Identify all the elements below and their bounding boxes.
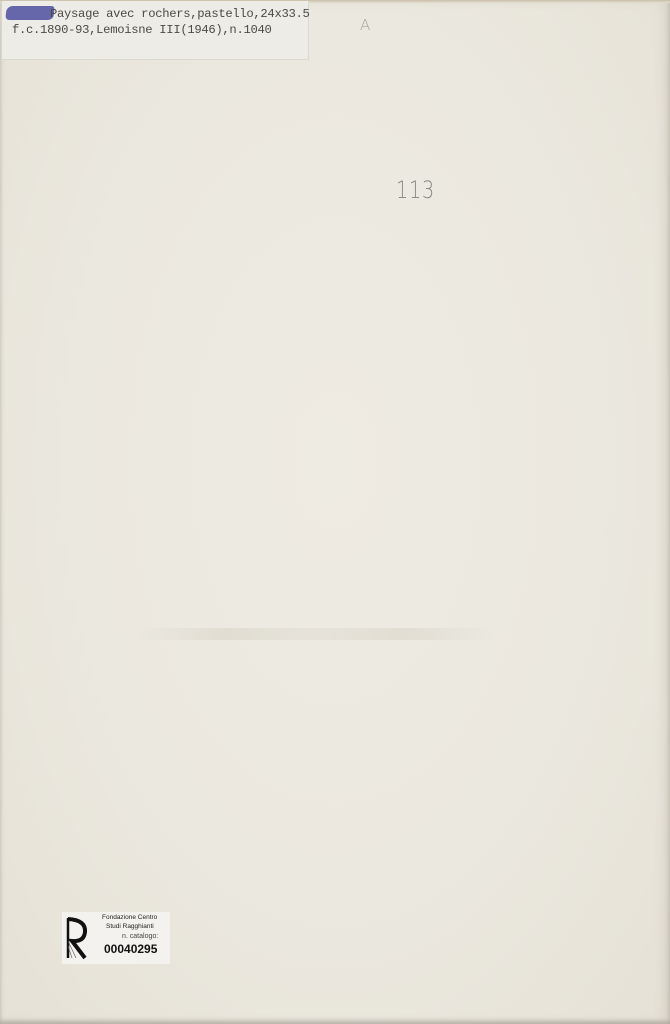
label-line-title: Paysage avec rochers,pastello,24x33.5 <box>50 7 310 21</box>
stamp-institution-line2: Studi Ragghianti <box>106 923 154 930</box>
stamp-institution-line1: Fondazione Centro <box>102 914 157 921</box>
stamp-catalog-label: n. catalogo: <box>122 933 158 940</box>
redaction-ink-blot <box>5 6 54 20</box>
show-through-marks <box>135 628 495 640</box>
handwritten-number: 113 <box>396 176 435 204</box>
ragghianti-r-logo-icon <box>66 916 88 960</box>
stamp-catalog-number: 00040295 <box>104 942 157 956</box>
handwritten-letter: A <box>360 16 370 34</box>
label-line-reference: f.c.1890-93,Lemoisne III(1946),n.1040 <box>12 23 272 37</box>
document-sheet: Paysage avec rochers,pastello,24x33.5 f.… <box>0 0 670 1024</box>
typed-label: Paysage avec rochers,pastello,24x33.5 f.… <box>2 1 309 60</box>
archive-stamp: Fondazione Centro Studi Ragghianti n. ca… <box>62 912 170 964</box>
